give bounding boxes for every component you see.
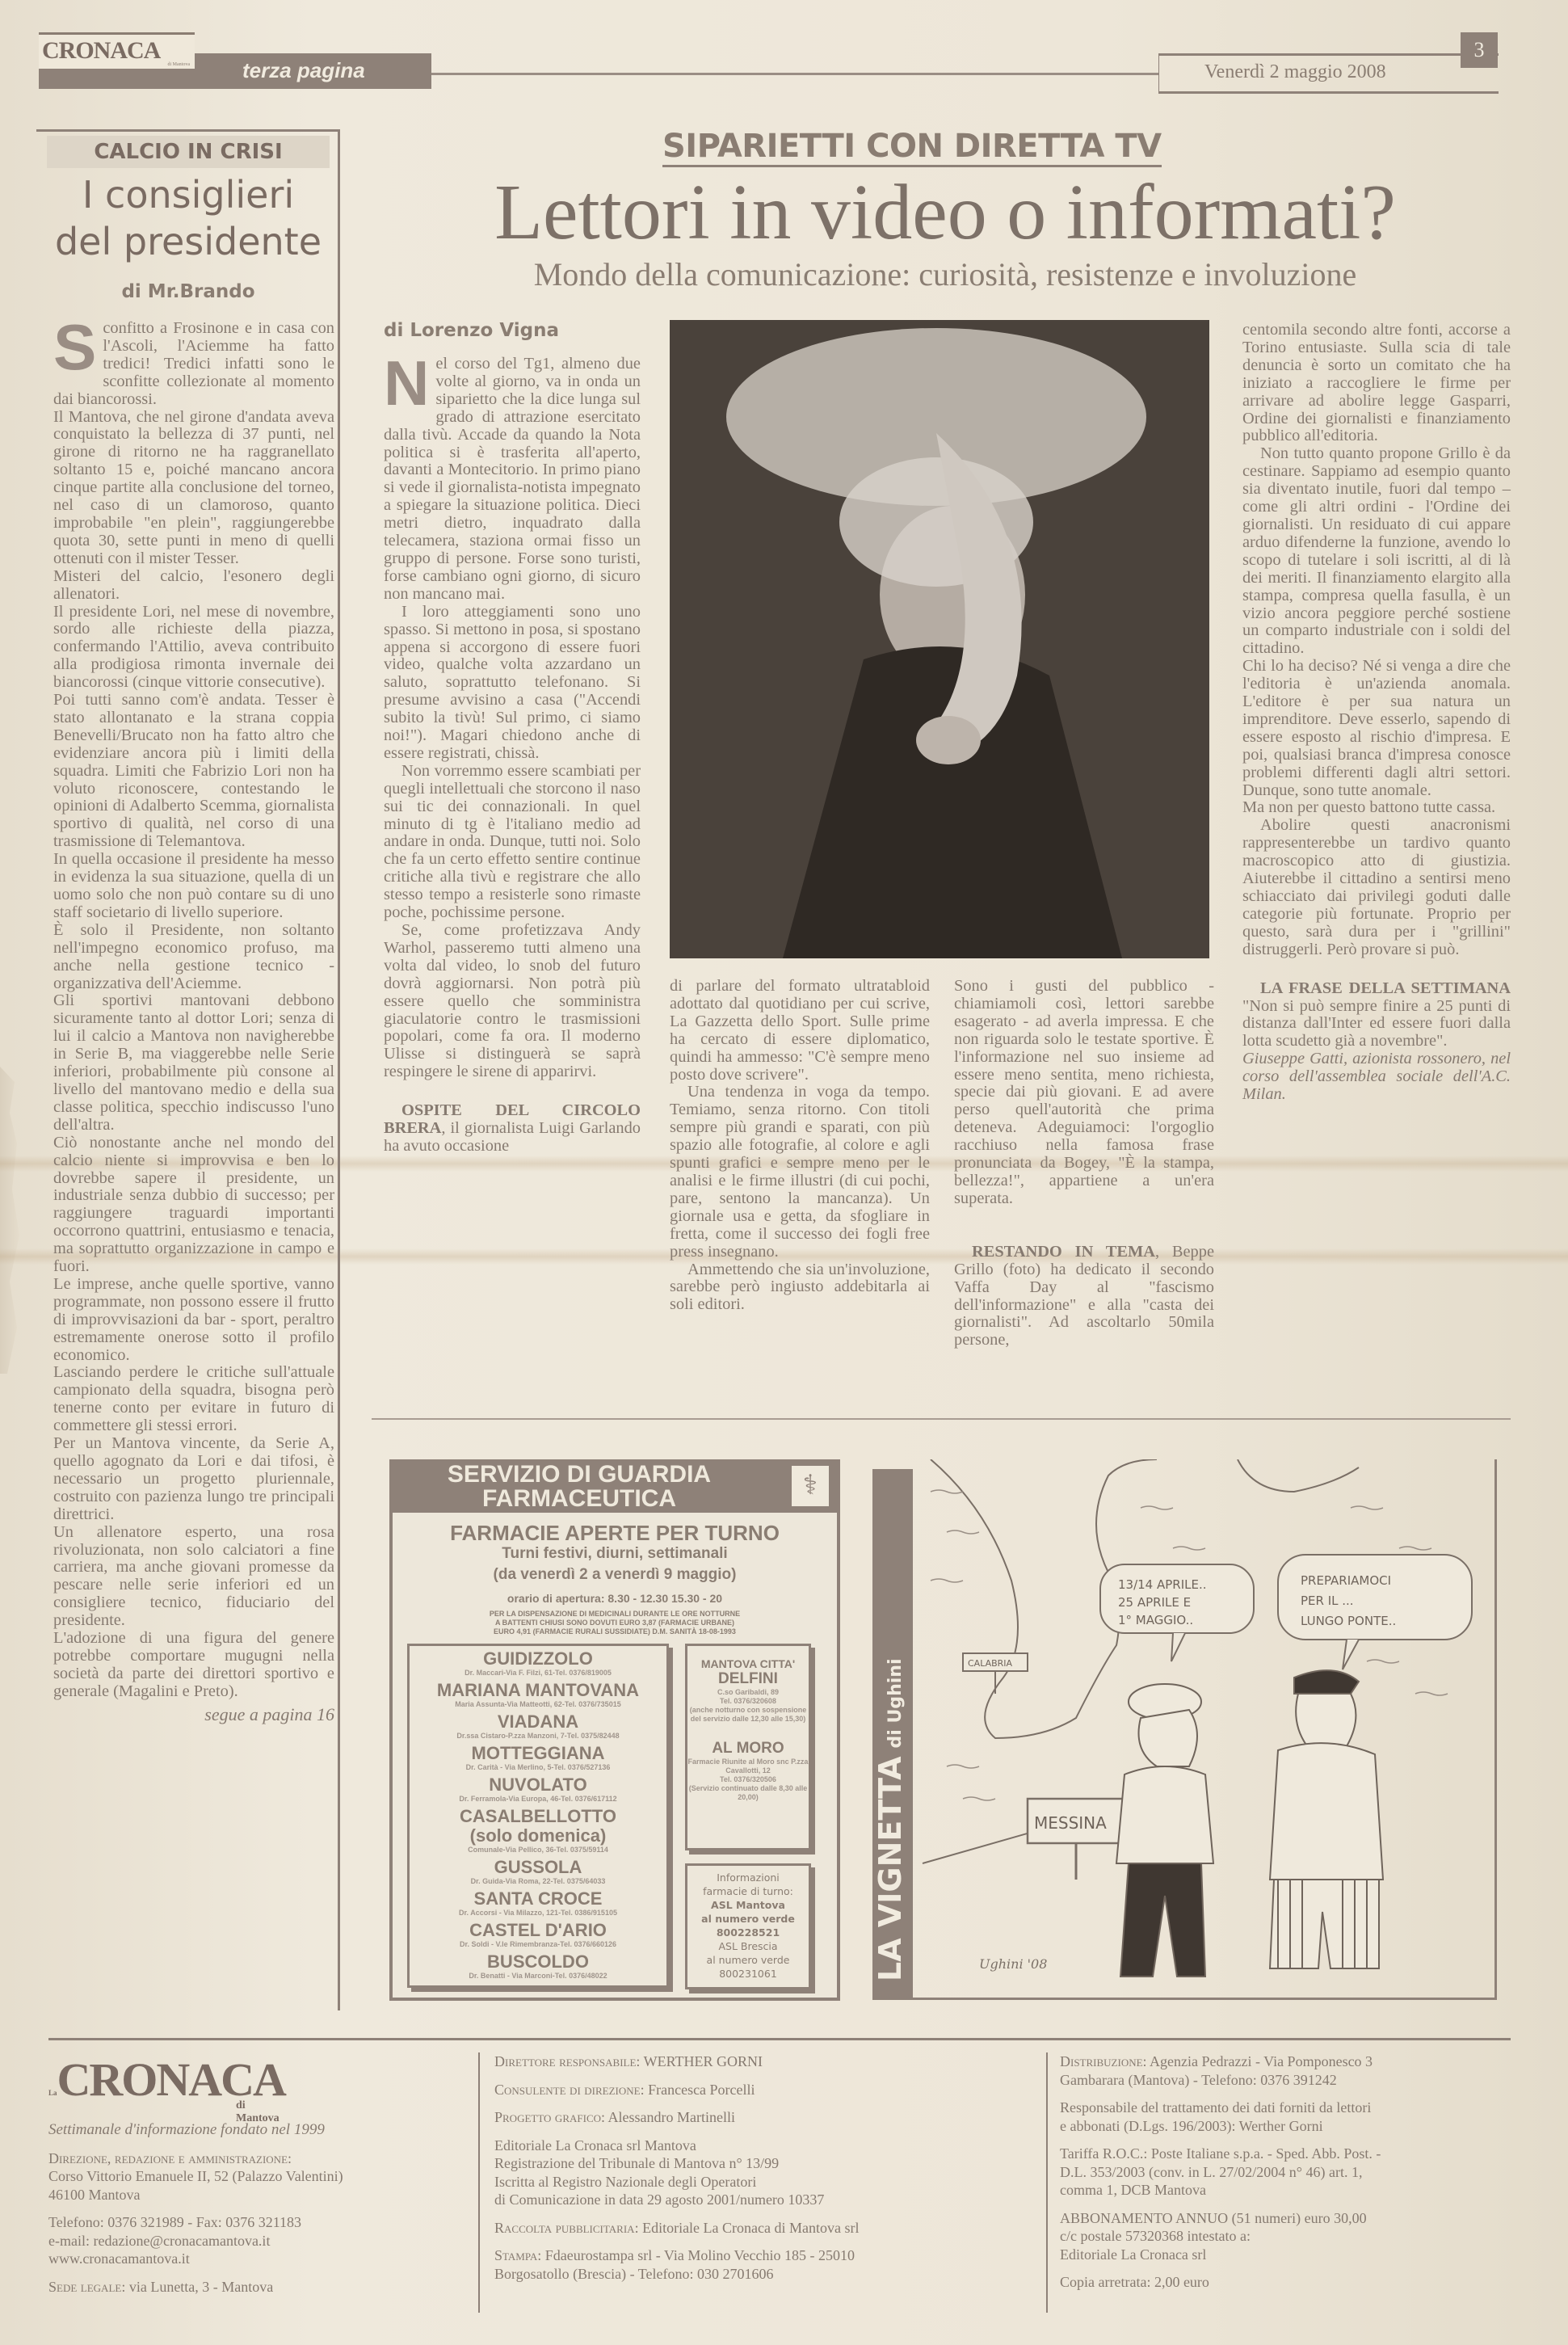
phone-fax: Telefono: 0376 321989 - Fax: 0376 321183 xyxy=(48,2214,301,2230)
pharmacy-phone: Tel. 0376/320608 xyxy=(687,1697,809,1706)
pharmacy-note: (Servizio continuato dalle 8,30 alle 20,… xyxy=(687,1784,809,1802)
quote-text: "Non si può sempre finire a 25 punti di … xyxy=(1242,997,1511,1050)
bubble-text: LUNGO PONTE.. xyxy=(1301,1614,1396,1628)
legal-value: via Lunetta, 3 - Mantova xyxy=(125,2279,273,2295)
paragraph: centomila secondo altre fonti, accorse a… xyxy=(1242,322,1511,445)
paragraph: L'adozione di una figura del genere potr… xyxy=(53,1630,334,1701)
left-byline: di Mr.Brando xyxy=(47,281,330,302)
legal-label: Sede legale: xyxy=(48,2279,125,2295)
main-headline: Lettori in video o informati? xyxy=(372,168,1519,257)
left-kicker: CALCIO IN CRISI xyxy=(47,136,330,168)
paragraph: Ammettendo che sia un'involuzione, sareb… xyxy=(670,1261,930,1315)
left-article-body: Sconfitto a Frosinone e in casa con l'As… xyxy=(53,320,334,1724)
caduceus-icon: ⚕ xyxy=(792,1466,829,1506)
town-address: Dr. Benatti - Via Marconi-Tel. 0376/4802… xyxy=(410,1972,666,1981)
paragraph: Ciò nonostante anche nel mondo del calci… xyxy=(53,1135,334,1276)
cartoon-label-bar: LA VIGNETTAdi Ughini xyxy=(872,1469,913,1998)
sign-calabria: CALABRIA xyxy=(968,1658,1013,1669)
dropcap: N xyxy=(384,357,429,409)
credit-value: Francesca Porcelli xyxy=(645,2082,755,2098)
pharmacy-ad: SERVIZIO DI GUARDIA FARMACEUTICA ⚕ FARMA… xyxy=(389,1459,840,2001)
address-line: Corso Vittorio Emanuele II, 52 (Palazzo … xyxy=(48,2168,343,2184)
cartoon-signature: Ughini '08 xyxy=(979,1956,1047,1972)
left-title-line: del presidente xyxy=(47,218,330,265)
town-name: MOTTEGGIANA xyxy=(410,1744,666,1763)
pharmacy-header-line: SERVIZIO DI GUARDIA xyxy=(389,1463,769,1487)
paragraph: Una tendenza in voga da tempo. Temiamo, … xyxy=(670,1084,930,1261)
pharmacy-address: Farmacie Riunite al Moro snc P.zza Caval… xyxy=(687,1758,809,1775)
tagline: Settimanale d'informazione fondato nel 1… xyxy=(48,2121,469,2140)
credit-label: Progetto grafico: xyxy=(494,2109,605,2125)
town-address: Dr. Soldi - V.le Rimembranza-Tel. 0376/6… xyxy=(410,1940,666,1949)
paragraph: di parlare del formato ultratabloid adot… xyxy=(670,978,930,1084)
bubble-text: 25 APRILE E xyxy=(1118,1595,1191,1610)
publisher-line: Editoriale La Cronaca srl Mantova xyxy=(494,2137,696,2153)
town-address: Comunale-Via Pellico, 36-Tel. 0375/59114 xyxy=(410,1846,666,1855)
dropcap: S xyxy=(53,322,96,373)
article-column-3: Sono i gusti del pubblico - chiamiamoli … xyxy=(954,978,1214,1349)
bubble-text: 1° MAGGIO.. xyxy=(1118,1613,1193,1627)
credit-label: Raccolta pubblicitaria: xyxy=(494,2220,639,2236)
subscription-line: ABBONAMENTO ANNUO (51 numeri) euro 30,00 xyxy=(1060,2210,1367,2226)
town-name: CASTEL D'ARIO xyxy=(410,1921,666,1940)
paragraph: Non tutto quanto propone Grillo è da ces… xyxy=(1242,445,1511,658)
paragraph: Le imprese, anche quelle sportive, vanno… xyxy=(53,1276,334,1365)
quote-label: LA FRASE DELLA SETTIMANA xyxy=(1260,979,1511,997)
left-title: I consiglieri del presidente xyxy=(47,171,330,265)
credit-label: Distribuzione: xyxy=(1060,2053,1147,2069)
pharmacy-name: AL MORO xyxy=(687,1740,809,1758)
paragraph: Sono i gusti del pubblico - chiamiamoli … xyxy=(954,978,1214,1208)
town-address: Dr. Carità - Via Merlino, 5-Tel. 0376/52… xyxy=(410,1763,666,1772)
page-number: 3 xyxy=(1461,32,1498,68)
logo-subtext: di Mantova xyxy=(168,62,191,67)
paragraph: In quella occasione il presidente ha mes… xyxy=(53,851,334,922)
notice-line: EURO 4,91 (FARMACIE RURALI SUSSIDIATE) D… xyxy=(393,1627,837,1636)
credit-value: Borgosatollo (Brescia) - Telefono: 030 2… xyxy=(494,2266,774,2282)
paragraph: Per un Mantova vincente, da Serie A, que… xyxy=(53,1435,334,1524)
article-column-4: centomila secondo altre fonti, accorse a… xyxy=(1242,322,1511,1104)
town-name: GUIDIZZOLO xyxy=(410,1649,666,1669)
pharmacy-header-line: FARMACEUTICA xyxy=(389,1487,769,1511)
notice-line: A BATTENTI CHIUSI SONO DOVUTI EURO 3,87 … xyxy=(393,1619,837,1627)
paragraph: Un allenatore esperto, una rosa rivoluzi… xyxy=(53,1524,334,1630)
tariff-line: comma 1, DCB Mantova xyxy=(1060,2182,1206,2198)
sign-messina: MESSINA xyxy=(1034,1813,1107,1833)
tariff-line: D.L. 353/2003 (conv. in L. 27/02/2004 n°… xyxy=(1060,2164,1362,2180)
town-name: MARIANA MANTOVANA xyxy=(410,1681,666,1700)
pharmacy-notice: PER LA DISPENSAZIONE DI MEDICINALI DURAN… xyxy=(393,1610,837,1636)
info-line: ASL Mantova xyxy=(687,1898,809,1912)
credit-value: Editoriale La Cronaca di Mantova srl xyxy=(639,2220,860,2236)
tariff-line: Tariffa R.O.C.: Poste Italiane s.p.a. - … xyxy=(1060,2145,1381,2162)
paragraph: Poi tutti sanno com'è andata. Tesser è s… xyxy=(53,692,334,851)
pharmacy-address: C.so Garibaldi, 89 xyxy=(687,1688,809,1697)
credit-label: Consulente di direzione: xyxy=(494,2082,645,2098)
header-rule xyxy=(431,73,1158,75)
town-name: NUVOLATO xyxy=(410,1775,666,1795)
town-name: (solo domenica) xyxy=(410,1826,666,1846)
footer-divider xyxy=(478,2052,480,2313)
publisher-line: di Comunicazione in data 29 agosto 2001/… xyxy=(494,2191,824,2208)
phone-number: 800231061 xyxy=(687,1967,809,1981)
website-link[interactable]: www.cronacamantova.it xyxy=(48,2250,190,2267)
pharmacy-info-box: Informazioni farmacie di turno: ASL Mant… xyxy=(685,1863,811,1989)
notice-line: PER LA DISPENSAZIONE DI MEDICINALI DURAN… xyxy=(393,1610,837,1619)
bubble-text: 13/14 APRILE.. xyxy=(1118,1577,1207,1592)
credit-value: Gambarara (Mantova) - Telefono: 0376 391… xyxy=(1060,2072,1337,2088)
credit-value: Fdaeurostampa srl - Via Molino Vecchio 1… xyxy=(541,2247,855,2263)
pharmacy-title: FARMACIE APERTE PER TURNO xyxy=(393,1521,837,1546)
issue-date: Venerdì 2 maggio 2008 xyxy=(1204,61,1386,83)
paragraph: Gli sportivi mantovani debbono sicuramen… xyxy=(53,992,334,1134)
footer-logo: LaCRONACAdi Mantova xyxy=(48,2052,285,2107)
pharmacy-subtitle: Turni festivi, diurni, settimanali xyxy=(393,1545,837,1563)
header-logo: CRONACA di Mantova xyxy=(39,32,195,69)
pharmacy-dates: (da venerdì 2 a venerdì 9 maggio) xyxy=(393,1566,837,1584)
subscription-line: Editoriale La Cronaca srl xyxy=(1060,2246,1206,2263)
pharmacy-town-list: GUIDIZZOLO Dr. Maccari-Via F. Filzi, 61-… xyxy=(407,1644,669,1988)
paragraph: Misteri del calcio, l'esonero degli alle… xyxy=(53,568,334,604)
footer-credits: Direttore responsabile: WERTHER GORNI Co… xyxy=(494,2052,1028,2292)
town-name: CASALBELLOTTO xyxy=(410,1807,666,1826)
main-subtitle: Mondo della comunicazione: curiosità, re… xyxy=(372,255,1519,293)
pharmacy-name: DELFINI xyxy=(687,1670,809,1688)
photo-illustration xyxy=(670,320,1209,958)
pharmacy-header: SERVIZIO DI GUARDIA FARMACEUTICA ⚕ xyxy=(389,1459,840,1513)
town-name: BUSCOLDO xyxy=(410,1952,666,1972)
phone-number: 800228521 xyxy=(687,1926,809,1939)
info-line: al numero verde xyxy=(687,1953,809,1967)
direction-label: Direzione, redazione e amministrazione: xyxy=(48,2150,292,2166)
paragraph: Chi lo ha deciso? Né si venga a dire che… xyxy=(1242,658,1511,799)
cartoon-label: LA VIGNETTA xyxy=(872,1756,908,1981)
credit-label: Direttore responsabile: xyxy=(494,2053,640,2069)
paragraph: I loro atteggiamenti sono uno spasso. Si… xyxy=(384,604,641,763)
info-line: ASL Brescia xyxy=(687,1939,809,1953)
credit-label: Stampa: xyxy=(494,2247,541,2263)
subscription-line: c/c postale 57320368 intestato a: xyxy=(1060,2228,1251,2244)
email-link[interactable]: e-mail: redazione@cronacamantova.it xyxy=(48,2233,270,2249)
town-address: Dr. Accorsi - Via Milazzo, 121-Tel. 0386… xyxy=(410,1909,666,1918)
town-address: Dr. Ferramola-Via Europa, 46-Tel. 0376/6… xyxy=(410,1795,666,1804)
info-line: farmacie di turno: xyxy=(687,1884,809,1898)
lead-in-bold: RESTANDO IN TEMA xyxy=(972,1243,1155,1261)
left-title-line: I consiglieri xyxy=(47,171,330,218)
footer-rule xyxy=(48,2038,1511,2040)
paragraph: Ma non per questo battono tutte cassa. xyxy=(1242,799,1511,817)
date-box: Venerdì 2 maggio 2008 xyxy=(1158,53,1499,94)
credit-value: Alessandro Martinelli xyxy=(605,2109,735,2125)
bubble-text: PREPARIAMOCI xyxy=(1301,1573,1391,1588)
article-column-1: Nel corso del Tg1, almeno due volte al g… xyxy=(384,356,641,1156)
credit-value: WERTHER GORNI xyxy=(640,2053,763,2069)
town-name: GUSSOLA xyxy=(410,1858,666,1877)
beppe-grillo-photo xyxy=(670,320,1209,958)
pharmacy-hours: orario di apertura: 8.30 - 12.30 15.30 -… xyxy=(393,1592,837,1605)
pharmacy-phone: Tel. 0376/320506 xyxy=(687,1775,809,1784)
credit-value: Agenzia Pedrazzi - Via Pomponesco 3 xyxy=(1147,2053,1373,2069)
publisher-line: Registrazione del Tribunale di Mantova n… xyxy=(494,2155,779,2171)
footer-divider xyxy=(1046,2052,1048,2313)
town-address: Dr.ssa Cistaro-P.zza Manzoni, 7-Tel. 037… xyxy=(410,1732,666,1741)
logo-text: CRONACA xyxy=(57,2053,285,2106)
privacy-line: e abbonati (D.Lgs. 196/2003): Werther Go… xyxy=(1060,2118,1323,2134)
cartoon-author: di Ughini xyxy=(885,1659,906,1749)
back-copy-price: Copia arretrata: 2,00 euro xyxy=(1060,2273,1520,2292)
paragraph: Se, come profetizzava Andy Warhol, passe… xyxy=(384,922,641,1081)
section-label: terza pagina xyxy=(242,58,365,83)
paragraph: È solo il Presidente, non soltanto nell'… xyxy=(53,922,334,993)
town-address: Maria Assunta-Via Matteotti, 62-Tel. 037… xyxy=(410,1700,666,1709)
paragraph: Il presidente Lori, nel mese di novembre… xyxy=(53,604,334,693)
address-line: 46100 Mantova xyxy=(48,2187,140,2203)
info-line: al numero verde xyxy=(687,1912,809,1926)
section-divider xyxy=(372,1418,1511,1420)
main-byline: di Lorenzo Vigna xyxy=(384,320,559,341)
footer-distribution: Distribuzione: Agenzia Pedrazzi - Via Po… xyxy=(1060,2052,1520,2301)
town-name: SANTA CROCE xyxy=(410,1889,666,1909)
logo-article: La xyxy=(48,2089,57,2097)
paragraph: Lasciando perdere le critiche sull'attua… xyxy=(53,1364,334,1435)
logo-text: CRONACA xyxy=(42,37,160,64)
paragraph: Abolire questi anacronismi rappresentere… xyxy=(1242,817,1511,958)
publisher-line: Iscritta al Registro Nazionale degli Ope… xyxy=(494,2174,756,2190)
pharmacy-note: (anche notturno con sospensione del serv… xyxy=(687,1706,809,1724)
town-address: Dr. Guida-Via Roma, 22-Tel. 0375/64033 xyxy=(410,1877,666,1886)
cartoon-illustration: 13/14 APRILE.. 25 APRILE E 1° MAGGIO.. P… xyxy=(914,1459,1494,1998)
footer-contact: Settimanale d'informazione fondato nel 1… xyxy=(48,2121,469,2305)
privacy-line: Responsabile del trattamento dei dati fo… xyxy=(1060,2099,1371,2116)
city-heading: MANTOVA CITTA' xyxy=(687,1657,809,1670)
article-column-2: di parlare del formato ultratabloid adot… xyxy=(670,978,930,1314)
quote-attribution: Giuseppe Gatti, azionista rossonero, nel… xyxy=(1242,1050,1511,1104)
town-address: Dr. Maccari-Via F. Filzi, 61-Tel. 0376/8… xyxy=(410,1669,666,1678)
pharmacy-city-box: MANTOVA CITTA' DELFINI C.so Garibaldi, 8… xyxy=(685,1644,811,1850)
paper-tear xyxy=(0,1067,24,1374)
continued-link[interactable]: segue a pagina 16 xyxy=(53,1706,334,1724)
info-line: Informazioni xyxy=(687,1871,809,1884)
bubble-text: PER IL ... xyxy=(1301,1594,1354,1608)
main-kicker: SIPARIETTI CON DIRETTA TV xyxy=(662,128,1162,167)
town-name: VIADANA xyxy=(410,1712,666,1732)
paragraph: Non vorremmo essere scambiati per quegli… xyxy=(384,763,641,922)
paragraph: Il Mantova, che nel girone d'andata avev… xyxy=(53,409,334,568)
